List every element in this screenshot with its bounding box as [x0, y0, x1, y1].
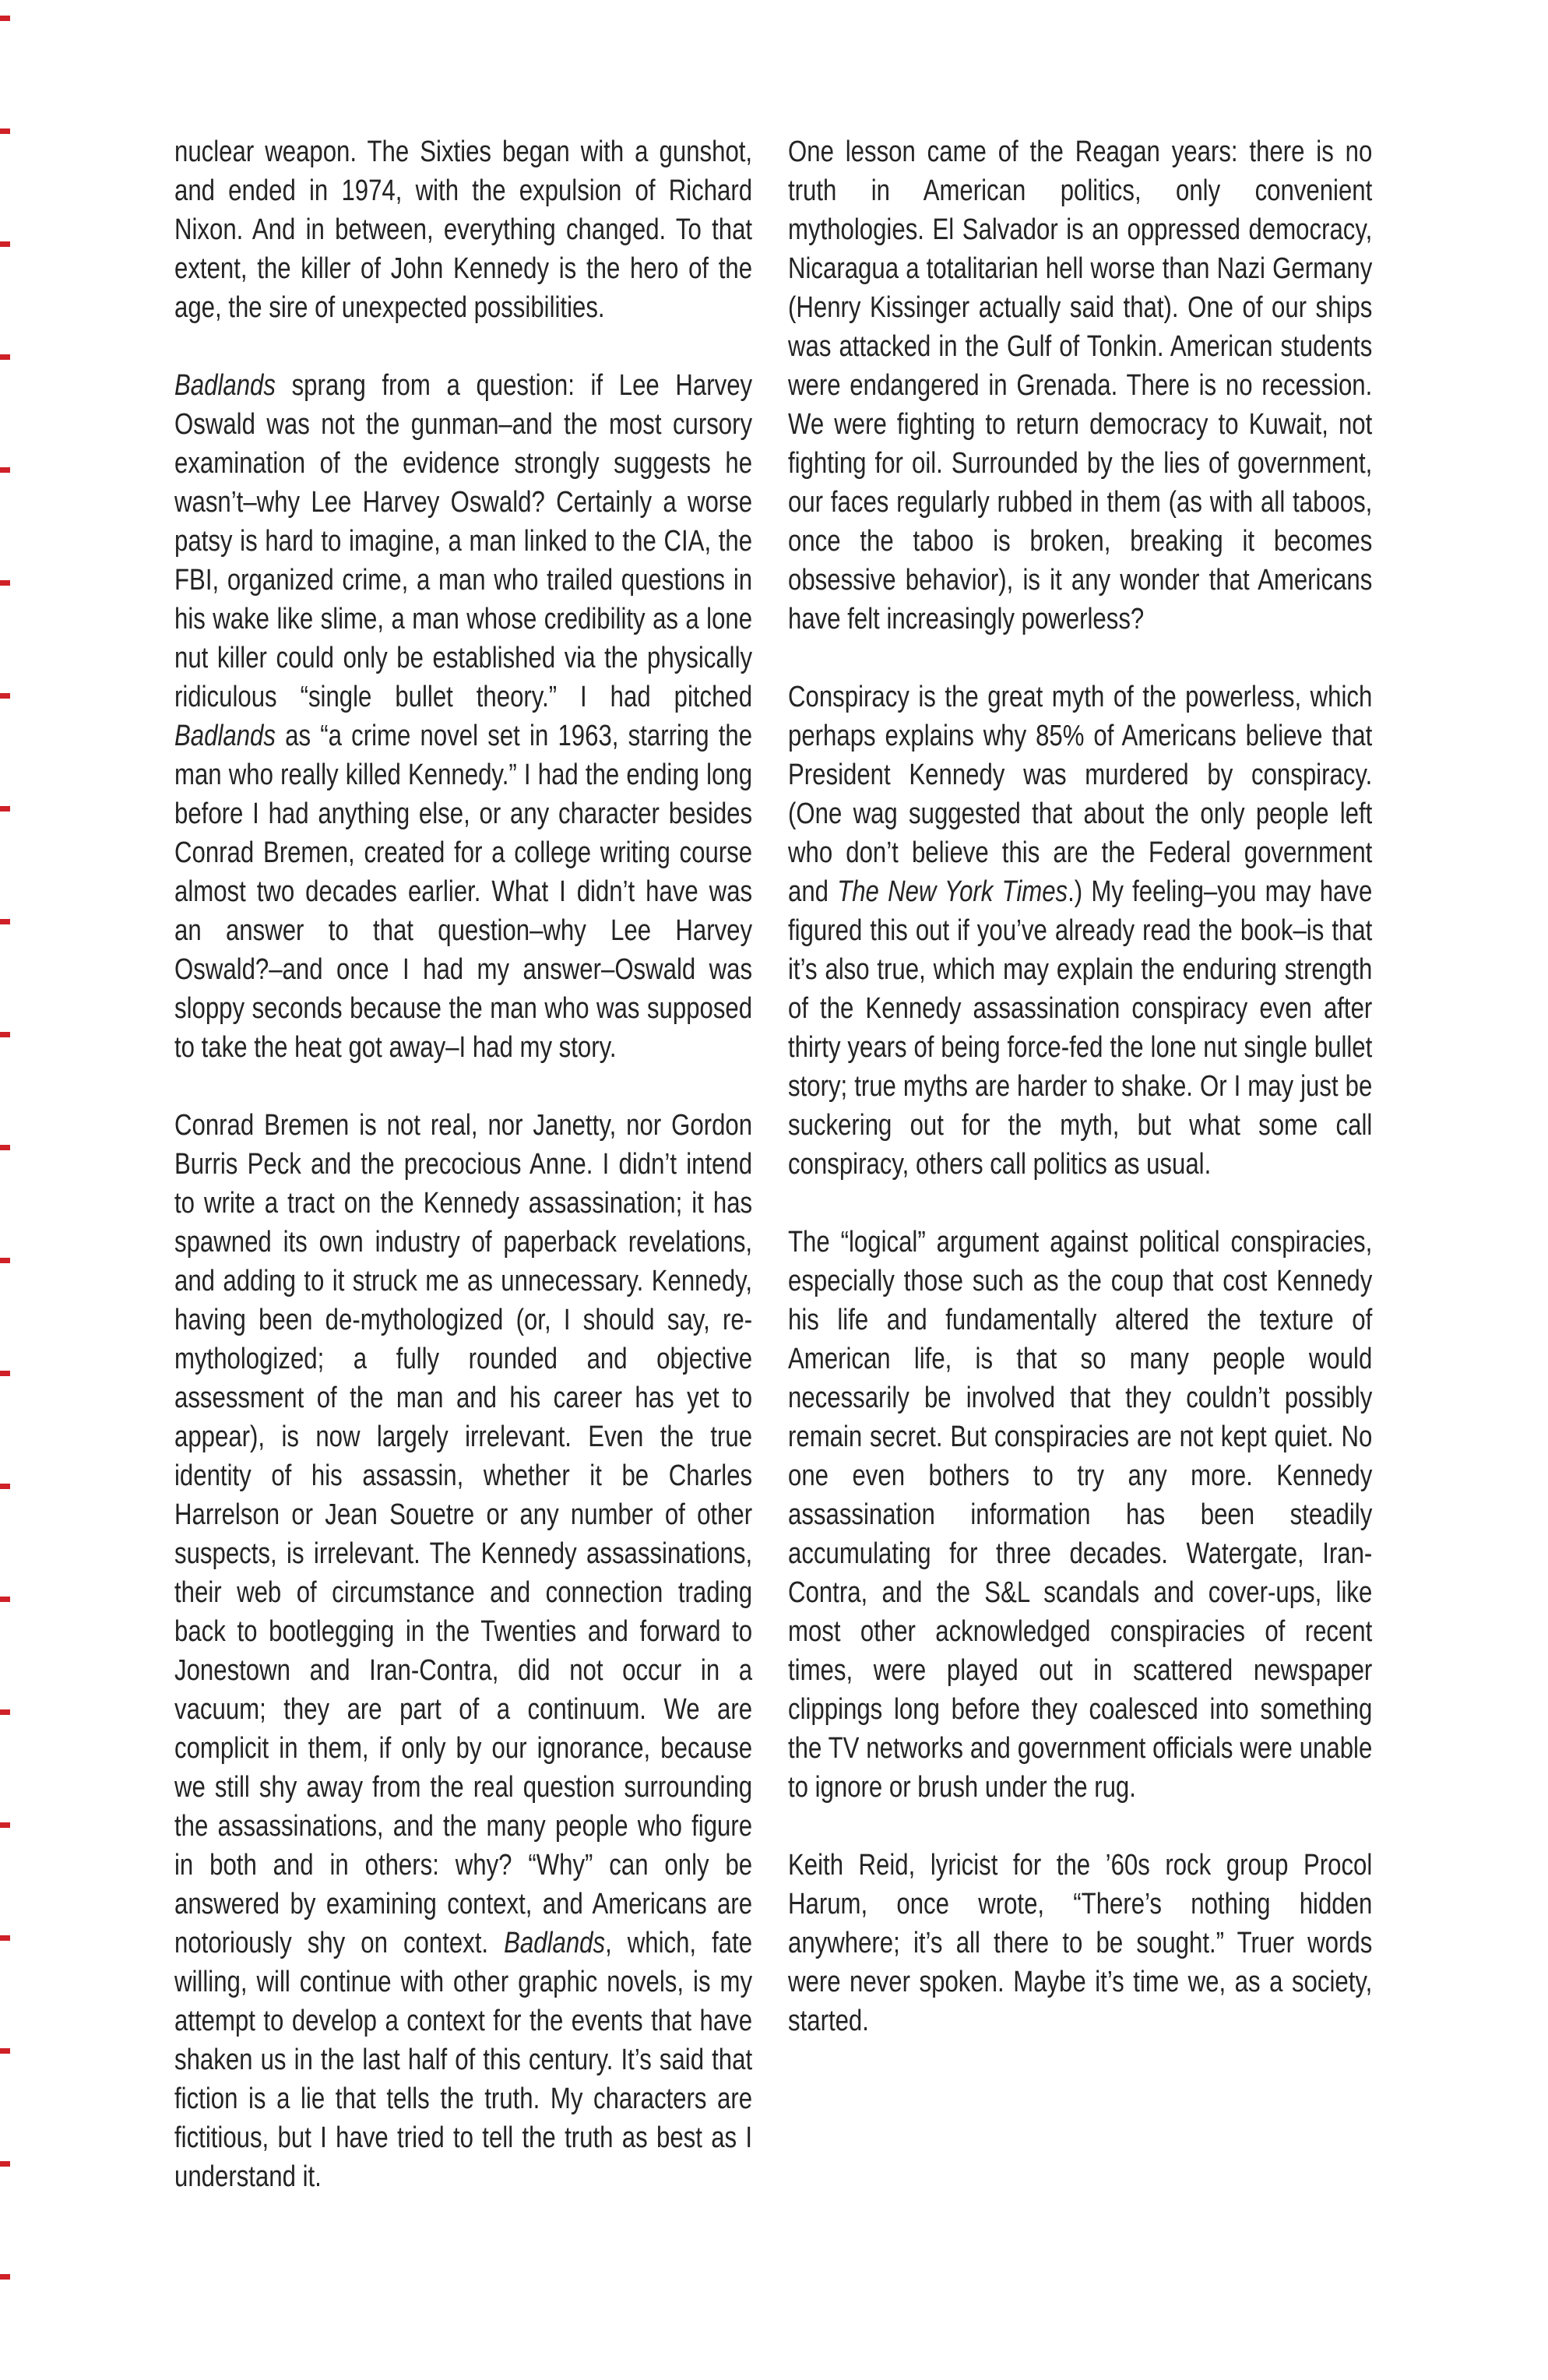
- paragraph: One lesson came of the Reagan years: the…: [788, 132, 1372, 639]
- red-edge-tick: [0, 2048, 10, 2054]
- red-edge-tick: [0, 354, 10, 360]
- right-column: One lesson came of the Reagan years: the…: [788, 132, 1372, 2079]
- red-edge-tick: [0, 1145, 10, 1150]
- red-edge-tick: [0, 1258, 10, 1263]
- red-edge-tick: [0, 467, 10, 473]
- paragraph: Badlands sprang from a question: if Lee …: [174, 366, 752, 1067]
- red-edge-tick: [0, 16, 10, 21]
- left-column: nuclear weapon. The Sixties began with a…: [174, 132, 752, 2235]
- paragraph: nuclear weapon. The Sixties began with a…: [174, 132, 752, 327]
- red-edge-tick: [0, 1935, 10, 1941]
- red-edge-tick: [0, 1822, 10, 1828]
- red-edge-tick: [0, 1484, 10, 1489]
- paragraph: Conrad Bremen is not real, nor Janetty, …: [174, 1106, 752, 2196]
- red-edge-tick: [0, 693, 10, 699]
- paragraph: The “logical” argument against political…: [788, 1223, 1372, 1807]
- red-edge-tick: [0, 2274, 10, 2280]
- red-edge-tick: [0, 580, 10, 586]
- paragraph: Keith Reid, lyricist for the ’60s rock g…: [788, 1846, 1372, 2040]
- red-edge-tick: [0, 806, 10, 812]
- red-edge-tick: [0, 2161, 10, 2167]
- document-page: nuclear weapon. The Sixties began with a…: [0, 0, 1548, 2380]
- right-column-text: One lesson came of the Reagan years: the…: [788, 132, 1372, 2040]
- red-edge-tick: [0, 241, 10, 247]
- red-edge-tick: [0, 1709, 10, 1715]
- paragraph: Conspiracy is the great myth of the powe…: [788, 678, 1372, 1184]
- red-edge-tick: [0, 1371, 10, 1376]
- red-edge-tick: [0, 919, 10, 924]
- red-edge-tick: [0, 1032, 10, 1037]
- red-edge-tick: [0, 129, 10, 134]
- red-edge-tick: [0, 1597, 10, 1602]
- left-column-text: nuclear weapon. The Sixties began with a…: [174, 132, 752, 2196]
